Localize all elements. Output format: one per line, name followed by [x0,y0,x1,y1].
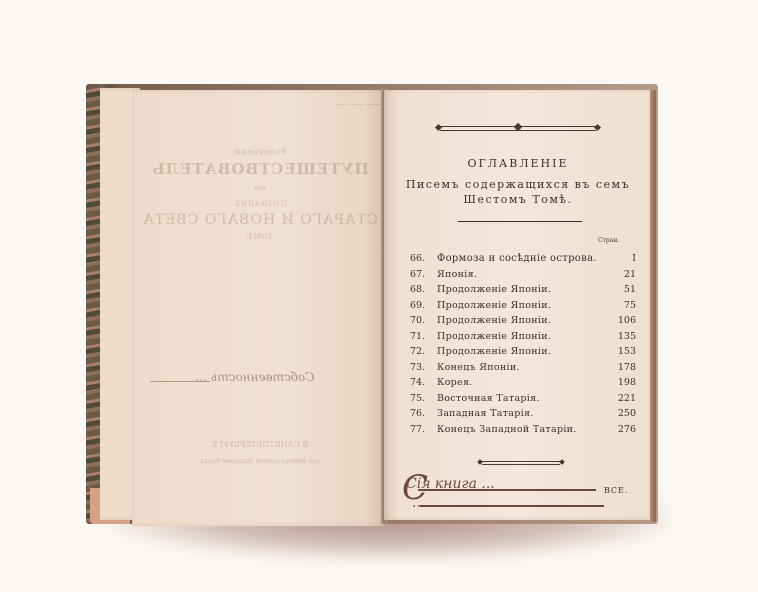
toc-entry: 72. Продолженіе Японіи. 153 [410,344,636,360]
page-subtitle: Писемъ содержащихся въ семъ [400,178,636,191]
ornament-tip-icon [559,459,565,465]
toc-title: Продолженіе Японіи. [437,284,606,295]
toc-page: 75 [606,300,636,311]
toc-title: Продолженіе Японіи. [437,331,606,342]
column-header-pages: Стран. [598,237,619,244]
toc-number: 74. [410,377,437,388]
toc-title: Формоза и сосѣдніе острова. [437,253,606,264]
toc-number: 71. [410,331,437,342]
toc-entry: 77. Конецъ Западной Татаріи. 276 [410,422,636,438]
toc-number: 68. [410,284,437,295]
ghost-text-line: В САНКТПЕТЕРБУРГЕ [140,440,380,449]
header-ornament [436,124,600,130]
ghost-handwriting-top: ...... ..... .... [140,98,380,107]
page-subtitle: Шестомъ Томѣ. [400,193,636,206]
toc-number: 73. [410,362,437,373]
toc-entry: 75. Восточная Татарія. 221 [410,391,636,407]
handwritten-inscription: ... ... [412,495,443,511]
toc-title: Корея. [437,377,606,388]
toc-page: 51 [606,284,636,295]
footer-ornament [478,460,564,465]
toc-page: 250 [606,408,636,419]
toc-number: 72. [410,346,437,357]
ghost-text-line: СТАРАГО И НОВАГО СВЕТА [140,212,380,228]
toc-entry: 66. Формоза и сосѣдніе острова. I [410,251,636,267]
toc-title: Западная Татарія. [437,408,606,419]
toc-title: Продолженіе Японіи. [437,315,606,326]
toc-number: 77. [410,424,437,435]
ghost-handwriting-stroke [150,381,210,382]
page-edge [650,90,656,522]
toc-page: 106 [606,315,636,326]
toc-title: Продолженіе Японіи. [437,300,606,311]
inscription-strikethrough [420,505,604,507]
ornament-bar [482,461,560,465]
toc-title: Восточная Татарія. [437,393,606,404]
toc-page: 135 [606,331,636,342]
toc-entry: 74. Корея. 198 [410,375,636,391]
toc-title: Продолженіе Японіи. [437,346,606,357]
toc-entry: 68. Продолженіе Японіи. 51 [410,282,636,298]
ghost-text-line: ТОМЪ [140,232,380,241]
toc-entry: 71. Продолженіе Японіи. 135 [410,329,636,345]
toc-page: 178 [606,362,636,373]
toc-title: Конецъ Западной Татаріи. [437,424,606,435]
ghost-text-line: ПУТЕШЕСТВОВАТЕЛЬ [140,160,380,178]
toc-title: Японія. [437,269,606,280]
toc-number: 67. [410,269,437,280]
toc-page: 21 [606,269,636,280]
toc-number: 75. [410,393,437,404]
inscription-strikethrough [418,489,596,491]
page-title: ОГЛАВЛЕНІЕ [400,157,636,170]
toc-page: 276 [606,424,636,435]
end-word: ВСЕ. [604,486,628,495]
toc-page: 221 [606,393,636,404]
marbled-cover-edge [86,84,100,524]
ghost-text-line: Всемирный [140,148,380,156]
toc-entry: 73. Конецъ Японіи. 178 [410,360,636,376]
toc-number: 70. [410,315,437,326]
toc-entry: 76. Западная Татарія. 250 [410,406,636,422]
title-rule [458,221,582,222]
ghost-text-line: или [140,185,380,192]
table-of-contents: 66. Формоза и сосѣдніе острова. I 67. Яп… [410,251,636,437]
toc-number: 69. [410,300,437,311]
toc-entry: 67. Японія. 21 [410,267,636,283]
toc-number: 76. [410,408,437,419]
toc-page: 153 [606,346,636,357]
toc-number: 66. [410,253,437,264]
ghost-handwriting: Собственность ... [140,370,370,388]
ghost-text-line: ПОЗНАНИЕ [140,200,380,208]
toc-page: 198 [606,377,636,388]
toc-page: I [606,253,636,264]
ghost-text-line: при Императорской Академии Наукъ [140,458,380,465]
toc-entry: 69. Продолженіе Японіи. 75 [410,298,636,314]
toc-entry: 70. Продолженіе Японіи. 106 [410,313,636,329]
toc-title: Конецъ Японіи. [437,362,606,373]
